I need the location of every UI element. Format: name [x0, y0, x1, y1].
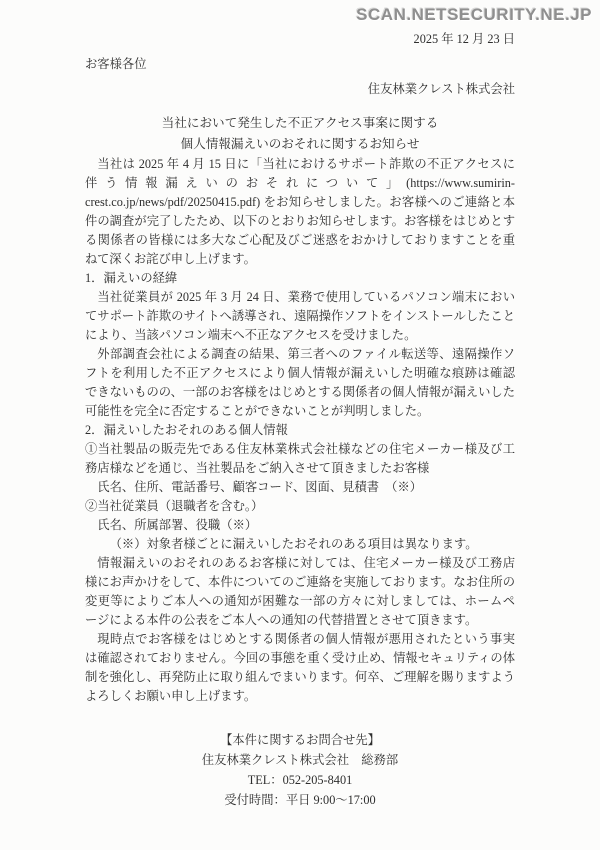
section2-item2: ②当社従業員（退職者を含む。）: [85, 497, 515, 516]
contact-block: 【本件に関するお問合せ先】 住友林業クレスト株式会社 総務部 TEL：052-2…: [85, 730, 515, 810]
section2-note: （※）対象者様ごとに漏えいしたおそれのある項目は異なります。: [85, 535, 515, 554]
closing-paragraph-2: 現時点でお客様をはじめとする関係者の個人情報が悪用されたという事実は確認されてお…: [85, 630, 515, 706]
section2-item1: ①当社製品の販売先である住友林業株式会社様などの住宅メーカー様及び工務店様などを…: [85, 440, 515, 478]
document-date: 2025 年 12 月 23 日: [85, 30, 515, 49]
closing-paragraph-1: 情報漏えいのおそれのあるお客様に対しては、住宅メーカー様及び工務店様にお声かけを…: [85, 554, 515, 630]
section2-item1-fields: 氏名、住所、電話番号、顧客コード、図面、見積書 （※）: [85, 478, 515, 497]
contact-company: 住友林業クレスト株式会社 総務部: [85, 750, 515, 770]
document-title: 当社において発生した不正アクセス事案に関する 個人情報漏えいのおそれに関するお知…: [85, 113, 515, 155]
section1-heading: 1．漏えいの経緯: [85, 269, 515, 288]
section2-item2-fields: 氏名、所属部署、役職（※）: [85, 516, 515, 535]
document-title-line1: 当社において発生した不正アクセス事案に関する: [85, 113, 515, 134]
sender-company: 住友林業クレスト株式会社: [85, 80, 515, 99]
document-title-line2: 個人情報漏えいのおそれに関するお知らせ: [85, 134, 515, 155]
recipient-line: お客様各位: [85, 55, 515, 74]
contact-heading: 【本件に関するお問合せ先】: [85, 730, 515, 750]
site-watermark: SCAN.NETSECURITY.NE.JP: [356, 5, 592, 25]
scanned-document-page: SCAN.NETSECURITY.NE.JP 2025 年 12 月 23 日 …: [0, 0, 600, 850]
intro-paragraph: 当社は 2025 年 4 月 15 日に「当社におけるサポート詐欺の不正アクセス…: [85, 155, 515, 269]
section1-paragraph-2: 外部調査会社による調査の結果、第三者へのファイル転送等、遠隔操作ソフトを利用した…: [85, 345, 515, 421]
contact-hours: 受付時間：平日 9:00～17:00: [85, 790, 515, 810]
contact-tel: TEL：052-205-8401: [85, 770, 515, 790]
section2-heading: 2．漏えいしたおそれのある個人情報: [85, 421, 515, 440]
section1-paragraph-1: 当社従業員が 2025 年 3 月 24 日、業務で使用しているパソコン端末にお…: [85, 288, 515, 345]
